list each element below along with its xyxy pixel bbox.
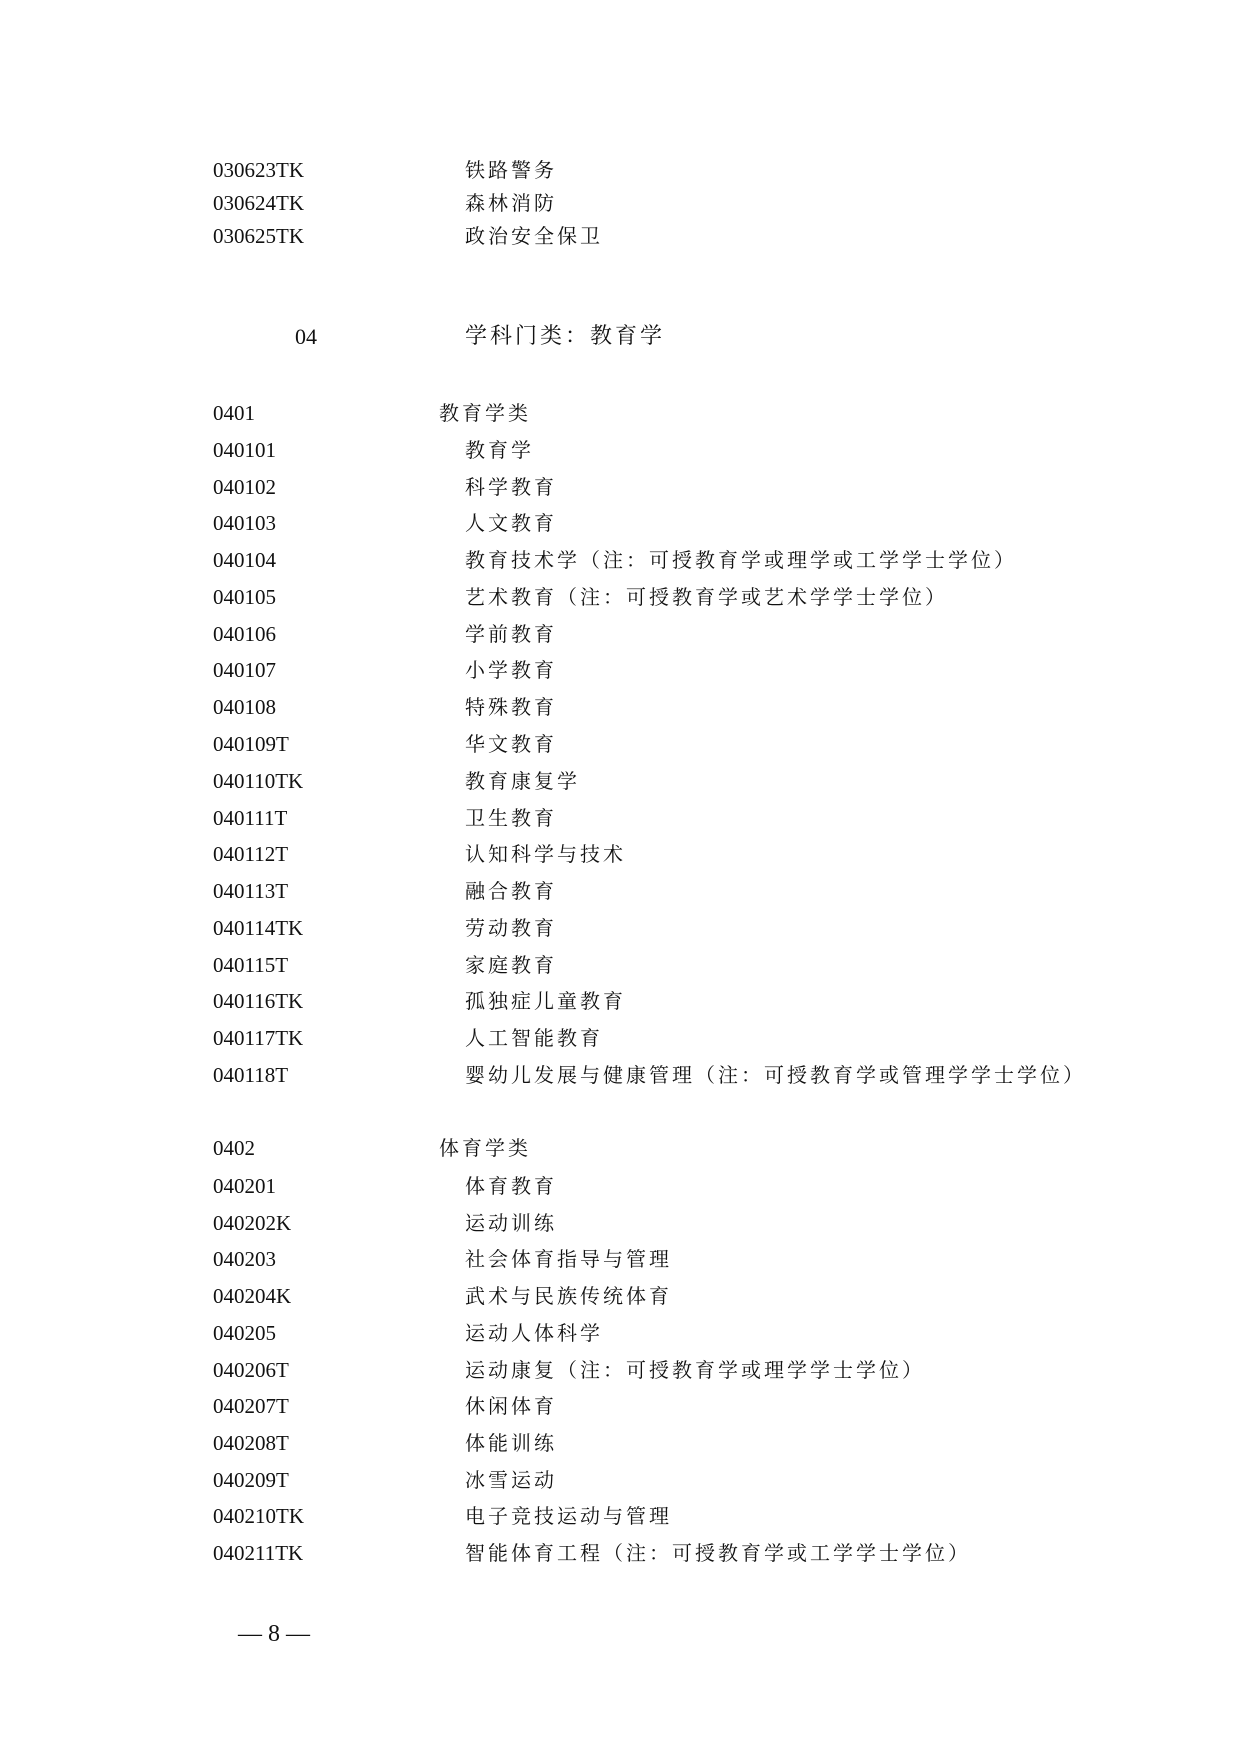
major-name: 婴幼儿发展与健康管理（注：可授教育学或管理学学士学位） [465, 1058, 1086, 1092]
list-item: 040210TK电子竞技运动与管理 [0, 1499, 1241, 1533]
list-item: 040102科学教育 [0, 470, 1241, 504]
major-name: 武术与民族传统体育 [465, 1279, 672, 1313]
major-code: 040113T [213, 874, 288, 908]
list-item: 040103人文教育 [0, 506, 1241, 540]
major-code: 040105 [213, 580, 276, 614]
list-item: 040208T体能训练 [0, 1426, 1241, 1460]
major-name: 人工智能教育 [465, 1021, 603, 1055]
major-name: 融合教育 [465, 874, 557, 908]
major-name: 社会体育指导与管理 [465, 1242, 672, 1276]
list-item: 030623TK 铁路警务 [0, 153, 1241, 187]
category-heading: 0401 教育学类 [0, 396, 1241, 430]
major-code: 040112T [213, 837, 288, 871]
major-name: 运动人体科学 [465, 1316, 603, 1350]
list-item: 040201体育教育 [0, 1169, 1241, 1203]
major-name: 体育教育 [465, 1169, 557, 1203]
major-name: 教育技术学（注：可授教育学或理学或工学学士学位） [465, 543, 1017, 577]
major-name: 特殊教育 [465, 690, 557, 724]
major-name: 铁路警务 [465, 153, 557, 187]
major-name: 家庭教育 [465, 948, 557, 982]
major-code: 040101 [213, 433, 276, 467]
list-item: 040204K武术与民族传统体育 [0, 1279, 1241, 1313]
major-code: 040111T [213, 801, 287, 835]
major-code: 040208T [213, 1426, 289, 1460]
category-code: 0402 [213, 1131, 255, 1165]
discipline-heading: 04 学科门类：教育学 [0, 320, 1241, 354]
list-item: 040104教育技术学（注：可授教育学或理学或工学学士学位） [0, 543, 1241, 577]
major-name: 科学教育 [465, 470, 557, 504]
discipline-title: 学科门类：教育学 [465, 320, 665, 354]
major-name: 劳动教育 [465, 911, 557, 945]
major-name: 学前教育 [465, 617, 557, 651]
major-name: 艺术教育（注：可授教育学或艺术学学士学位） [465, 580, 948, 614]
major-name: 体能训练 [465, 1426, 557, 1460]
list-item: 040107小学教育 [0, 653, 1241, 687]
page-number: — 8 — [238, 1616, 310, 1652]
major-code: 040103 [213, 506, 276, 540]
major-name: 小学教育 [465, 653, 557, 687]
major-name: 认知科学与技术 [465, 837, 626, 871]
category-heading: 0402 体育学类 [0, 1131, 1241, 1165]
major-name: 运动训练 [465, 1206, 557, 1240]
major-code: 040115T [213, 948, 288, 982]
list-item: 040117TK人工智能教育 [0, 1021, 1241, 1055]
major-code: 040102 [213, 470, 276, 504]
list-item: 040207T休闲体育 [0, 1389, 1241, 1423]
major-code: 040207T [213, 1389, 289, 1423]
major-name: 教育学 [465, 433, 534, 467]
major-name: 教育康复学 [465, 764, 580, 798]
major-code: 040110TK [213, 764, 303, 798]
list-item: 040118T婴幼儿发展与健康管理（注：可授教育学或管理学学士学位） [0, 1058, 1241, 1092]
list-item: 040108特殊教育 [0, 690, 1241, 724]
list-item: 040206T运动康复（注：可授教育学或理学学士学位） [0, 1353, 1241, 1387]
list-item: 040110TK教育康复学 [0, 764, 1241, 798]
major-name: 冰雪运动 [465, 1463, 557, 1497]
major-code: 040114TK [213, 911, 303, 945]
discipline-code: 04 [295, 320, 317, 354]
list-item: 040115T家庭教育 [0, 948, 1241, 982]
list-item: 040202K运动训练 [0, 1206, 1241, 1240]
list-item: 040105艺术教育（注：可授教育学或艺术学学士学位） [0, 580, 1241, 614]
major-code: 040104 [213, 543, 276, 577]
list-item: 040113T融合教育 [0, 874, 1241, 908]
major-code: 030624TK [213, 186, 304, 220]
major-name: 政治安全保卫 [465, 219, 603, 253]
major-name: 运动康复（注：可授教育学或理学学士学位） [465, 1353, 925, 1387]
major-name: 卫生教育 [465, 801, 557, 835]
list-item: 040209T冰雪运动 [0, 1463, 1241, 1497]
list-item: 040203社会体育指导与管理 [0, 1242, 1241, 1276]
major-code: 040116TK [213, 984, 303, 1018]
major-code: 040117TK [213, 1021, 303, 1055]
major-name: 人文教育 [465, 506, 557, 540]
major-code: 040118T [213, 1058, 288, 1092]
list-item: 030624TK 森林消防 [0, 186, 1241, 220]
major-name: 休闲体育 [465, 1389, 557, 1423]
major-code: 040211TK [213, 1536, 303, 1570]
list-item: 040106学前教育 [0, 617, 1241, 651]
major-code: 040204K [213, 1279, 291, 1313]
major-code: 040202K [213, 1206, 291, 1240]
list-item: 040101教育学 [0, 433, 1241, 467]
major-code: 040210TK [213, 1499, 304, 1533]
major-code: 040206T [213, 1353, 289, 1387]
major-name: 智能体育工程（注：可授教育学或工学学士学位） [465, 1536, 971, 1570]
list-item: 030625TK 政治安全保卫 [0, 219, 1241, 253]
major-code: 040201 [213, 1169, 276, 1203]
major-code: 040203 [213, 1242, 276, 1276]
major-name: 电子竞技运动与管理 [465, 1499, 672, 1533]
list-item: 040111T卫生教育 [0, 801, 1241, 835]
list-item: 040211TK智能体育工程（注：可授教育学或工学学士学位） [0, 1536, 1241, 1570]
list-item: 040112T认知科学与技术 [0, 837, 1241, 871]
list-item: 040114TK劳动教育 [0, 911, 1241, 945]
major-code: 030623TK [213, 153, 304, 187]
category-name: 教育学类 [439, 396, 531, 430]
major-code: 040108 [213, 690, 276, 724]
major-code: 030625TK [213, 219, 304, 253]
major-code: 040109T [213, 727, 289, 761]
category-code: 0401 [213, 396, 255, 430]
major-code: 040107 [213, 653, 276, 687]
major-code: 040205 [213, 1316, 276, 1350]
list-item: 040205运动人体科学 [0, 1316, 1241, 1350]
major-code: 040209T [213, 1463, 289, 1497]
list-item: 040109T华文教育 [0, 727, 1241, 761]
list-item: 040116TK孤独症儿童教育 [0, 984, 1241, 1018]
major-code: 040106 [213, 617, 276, 651]
major-name: 孤独症儿童教育 [465, 984, 626, 1018]
major-name: 华文教育 [465, 727, 557, 761]
category-name: 体育学类 [439, 1131, 531, 1165]
major-name: 森林消防 [465, 186, 557, 220]
